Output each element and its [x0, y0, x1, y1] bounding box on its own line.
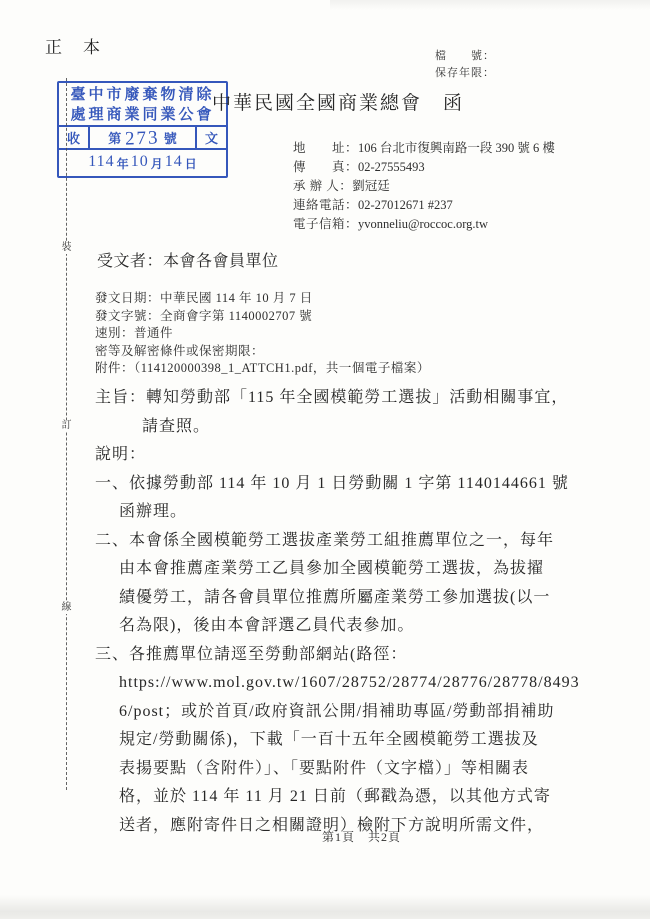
page-number-footer: 第1頁 共2頁 [322, 828, 401, 845]
stamp-number-cell: 第 273 號 [88, 127, 197, 148]
stamp-year-label: 年 [117, 155, 129, 172]
contact-row-phone: 連絡電話：02-27012671 #237 [293, 196, 555, 215]
dispatch-number-line: 發文字號：全商會字第 1140002707 號 [95, 308, 430, 326]
fax-value: 02-27555493 [358, 160, 425, 174]
explanation-item-3: 三、各推薦單位請逕至勞動部網站(路徑： https://www.mol.gov.… [95, 641, 635, 841]
fax-label: 傳 真： [293, 158, 358, 177]
attachment-line: 附件：（114120000398_1_ATTCH1.pdf，共一個電子檔案） [95, 360, 430, 378]
stamp-receive-label: 收 [59, 128, 88, 147]
document-title: 中華民國全國商業總會 函 [212, 88, 464, 115]
recipient-line: 受文者：本會各會員單位 [97, 248, 279, 271]
contact-row-fax: 傳 真：02-27555493 [293, 158, 555, 177]
binding-mark-zhuang: 裝 [59, 242, 74, 254]
retention-period-label: 保存年限： [435, 65, 495, 82]
receipt-stamp: 臺中市廢棄物清除 處理商業同業公會 收 第 273 號 文 114 年 10 月… [57, 81, 228, 178]
binding-dashed-line [66, 78, 67, 790]
stamp-number-prefix: 第 [108, 128, 121, 147]
subject-paragraph: 主旨：轉知勞動部「115 年全國模範勞工選拔」活動相關事宜， 請查照。 [95, 384, 635, 441]
copy-type-label: 正 本 [45, 33, 102, 58]
address-value: 106 台北市復興南路一段 390 號 6 樓 [358, 141, 555, 155]
stamp-day-label: 日 [185, 155, 197, 172]
scan-artifact-top [330, 0, 650, 10]
security-line: 密等及解密條件或保密期限： [95, 343, 430, 361]
dispatch-date-line: 發文日期：中華民國 114 年 10 月 7 日 [95, 290, 430, 308]
contact-row-handler: 承 辦 人：劉冠廷 [293, 177, 555, 196]
phone-label: 連絡電話： [293, 196, 358, 215]
stamp-date-year: 114 [88, 153, 114, 171]
file-number-block: 檔 號： 保存年限： [435, 48, 495, 81]
stamp-org-line2: 處理商業同業公會 [59, 105, 226, 125]
speed-line: 速別：普通件 [95, 325, 430, 343]
letter-body: 主旨：轉知勞動部「115 年全國模範勞工選拔」活動相關事宜， 請查照。 說明： … [95, 384, 635, 840]
stamp-month-label: 月 [151, 155, 163, 172]
stamp-org-line1: 臺中市廢棄物清除 [59, 85, 226, 105]
stamp-number-suffix: 號 [164, 128, 177, 147]
dispatch-meta-block: 發文日期：中華民國 114 年 10 月 7 日 發文字號：全商會字第 1140… [95, 290, 430, 378]
stamp-doc-label: 文 [197, 128, 226, 147]
sender-contact-block: 地 址：106 台北市復興南路一段 390 號 6 樓 傳 真：02-27555… [293, 139, 555, 234]
phone-value: 02-27012671 #237 [358, 198, 453, 212]
handler-label: 承 辦 人： [293, 177, 352, 196]
stamp-date-row: 114 年 10 月 14 日 [59, 148, 226, 176]
stamp-date-day: 14 [165, 153, 183, 171]
explanation-label: 說明： [95, 441, 635, 470]
explanation-item-1: 一、依據勞動部 114 年 10 月 1 日勞動關 1 字第 114014466… [95, 470, 635, 527]
file-number-label: 檔 號： [435, 48, 495, 65]
binding-mark-ding: 訂 [59, 420, 74, 432]
explanation-item-2: 二、本會係全國模範勞工選拔產業勞工組推薦單位之一，每年 由本會推薦產業勞工乙員參… [95, 527, 635, 641]
stamp-number-value: 273 [125, 127, 160, 150]
binding-mark-xian: 線 [59, 602, 74, 614]
stamp-number-row: 收 第 273 號 文 [59, 125, 226, 148]
contact-row-email: 電子信箱：yvonneliu@roccoc.org.tw [293, 215, 555, 234]
email-value: yvonneliu@roccoc.org.tw [358, 217, 488, 231]
email-label: 電子信箱： [293, 215, 358, 234]
stamp-date-month: 10 [131, 153, 149, 171]
address-label: 地 址： [293, 139, 358, 158]
document-page: 正 本 檔 號： 保存年限： 臺中市廢棄物清除 處理商業同業公會 收 第 273… [0, 0, 650, 919]
stamp-org-name: 臺中市廢棄物清除 處理商業同業公會 [59, 83, 226, 125]
scan-artifact-bottom [0, 895, 650, 919]
handler-value: 劉冠廷 [352, 179, 390, 193]
contact-row-address: 地 址：106 台北市復興南路一段 390 號 6 樓 [293, 139, 555, 158]
